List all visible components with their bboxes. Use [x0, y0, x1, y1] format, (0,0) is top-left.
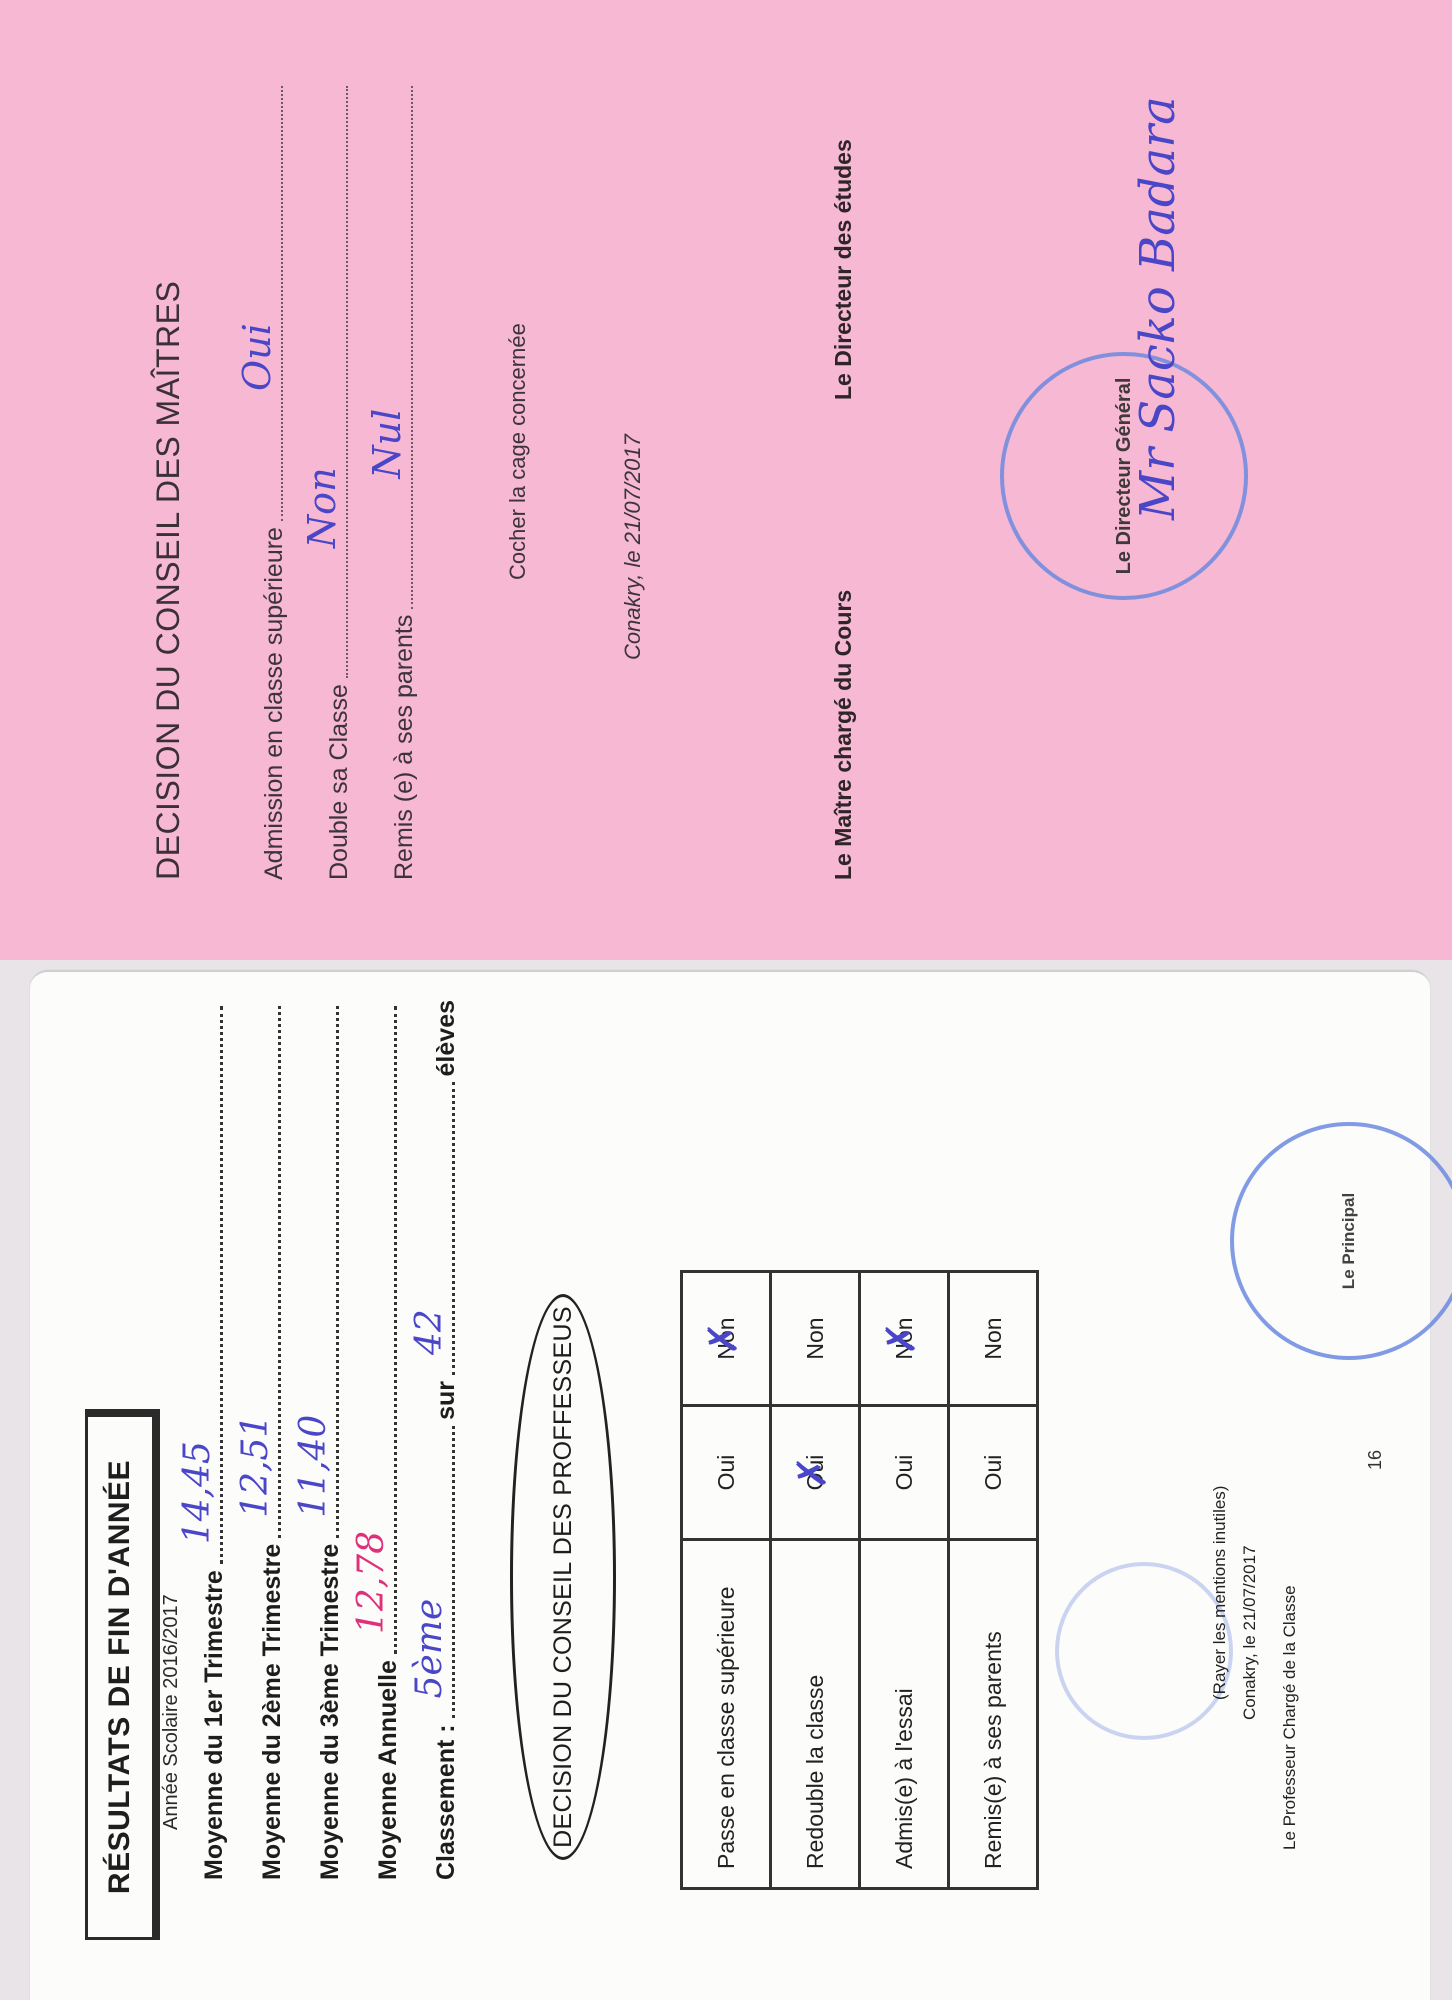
results-title: RÉSULTATS DE FIN D'ANNÉE: [85, 1409, 160, 1940]
masters-row-value: Non: [300, 467, 344, 548]
decision-label: Redouble la classe: [771, 1540, 860, 1889]
masters-date: Conakry, le 21/07/2017: [620, 434, 646, 660]
ranking-sur: sur: [432, 1381, 461, 1420]
decision-option-yes: Oui: [771, 1406, 860, 1540]
masters-row-label: Remis (e) à ses parents: [390, 615, 419, 880]
masters-row-value: Nul: [365, 409, 409, 479]
results-page: RÉSULTATS DE FIN D'ANNÉE Année Scolaire …: [30, 970, 1430, 2000]
grade-value: 12,51: [235, 1415, 276, 1518]
decision-option-no: Non: [860, 1272, 949, 1406]
principal-label: Le Principal: [1339, 1193, 1359, 1289]
ranking-suffix: élèves: [432, 1000, 461, 1076]
professors-decision-table: Passe en classe supérieureOuiNonRedouble…: [680, 1270, 1039, 1890]
grade-label: Moyenne du 1er Trimestre: [200, 1570, 229, 1880]
grade-label: Moyenne du 2ème Trimestre: [258, 1544, 287, 1880]
decision-label: Remis(e) à ses parents: [949, 1540, 1038, 1889]
decision-option-no: Non: [682, 1272, 771, 1406]
masters-row-remis: Remis (e) à ses parents Nul: [390, 80, 419, 880]
decision-option-no: Non: [949, 1272, 1038, 1406]
ranking-label: Classement :: [432, 1724, 461, 1880]
decision-row: Admis(e) à l'essaiOuiNon: [860, 1272, 949, 1889]
decision-option-no: Non: [771, 1272, 860, 1406]
masters-council-title: DECISION DU CONSEIL DES MAÎTRES: [150, 281, 187, 880]
professors-date: Conakry, le 21/07/2017: [1240, 1545, 1260, 1720]
masters-row-label: Admission en classe supérieure: [260, 527, 289, 880]
school-year: Année Scolaire 2016/2017: [160, 1594, 183, 1830]
decision-option-yes: Oui: [949, 1406, 1038, 1540]
principal-stamp: Le Principal: [1230, 1122, 1452, 1360]
grade-value: 12,78: [351, 1531, 392, 1634]
grade-row-t1: Moyenne du 1er Trimestre 14,45: [200, 1000, 229, 1880]
grade-value: 14,45: [177, 1441, 218, 1544]
ranking-value: 5ème: [409, 1599, 450, 1699]
decision-option-yes: Oui: [860, 1406, 949, 1540]
faint-stamp: [1055, 1562, 1233, 1740]
grade-value: 11,40: [293, 1415, 334, 1518]
school-year-label: Année Scolaire 2016/2017: [160, 1594, 182, 1830]
instruction-note: (Rayer les mentions inutiles): [1210, 1486, 1230, 1700]
masters-row-value: Oui: [235, 323, 279, 391]
masters-row-label: Double sa Classe: [325, 684, 354, 880]
grade-row-annual: Moyenne Annuelle 12,78: [374, 1000, 403, 1880]
grade-label: Moyenne Annuelle: [374, 1660, 403, 1880]
director-studies-label: Le Directeur des études: [830, 139, 857, 400]
professors-council-title: DECISION DU CONSEIL DES PROFFESSEUS: [510, 1294, 616, 1860]
decision-label: Passe en classe supérieure: [682, 1540, 771, 1889]
decision-row: Passe en classe supérieureOuiNon: [682, 1272, 771, 1889]
masters-row-admission: Admission en classe supérieure Oui: [260, 80, 289, 880]
decision-label: Admis(e) à l'essai: [860, 1540, 949, 1889]
grade-label: Moyenne du 3ème Trimestre: [316, 1544, 345, 1880]
teacher-in-charge-label: Le Maître chargé du Cours: [830, 590, 857, 880]
masters-instruction: Cocher la cage concernée: [505, 323, 531, 580]
decision-row: Remis(e) à ses parentsOuiNon: [949, 1272, 1038, 1889]
director-general-stamp: Le Directeur Général: [1000, 352, 1248, 600]
grade-row-t3: Moyenne du 3ème Trimestre 11,40: [316, 1000, 345, 1880]
handwritten-signature: Mr Sacko Badara: [1130, 96, 1186, 520]
masters-council-page: DECISION DU CONSEIL DES MAÎTRES Admissio…: [0, 0, 1452, 960]
decision-row: Redouble la classeOuiNon: [771, 1272, 860, 1889]
booklet-spread: RÉSULTATS DE FIN D'ANNÉE Année Scolaire …: [0, 0, 1452, 2000]
ranking-total: 42: [409, 1309, 450, 1355]
masters-row-double: Double sa Classe Non: [325, 80, 354, 880]
decision-option-yes: Oui: [682, 1406, 771, 1540]
ranking-row: Classement : 5ème sur 42 élèves: [432, 1000, 461, 1880]
page-number: 16: [1365, 1450, 1386, 1470]
grade-row-t2: Moyenne du 2ème Trimestre 12,51: [258, 1000, 287, 1880]
teacher-signer-label: Le Professeur Chargé de la Classe: [1280, 1585, 1300, 1850]
